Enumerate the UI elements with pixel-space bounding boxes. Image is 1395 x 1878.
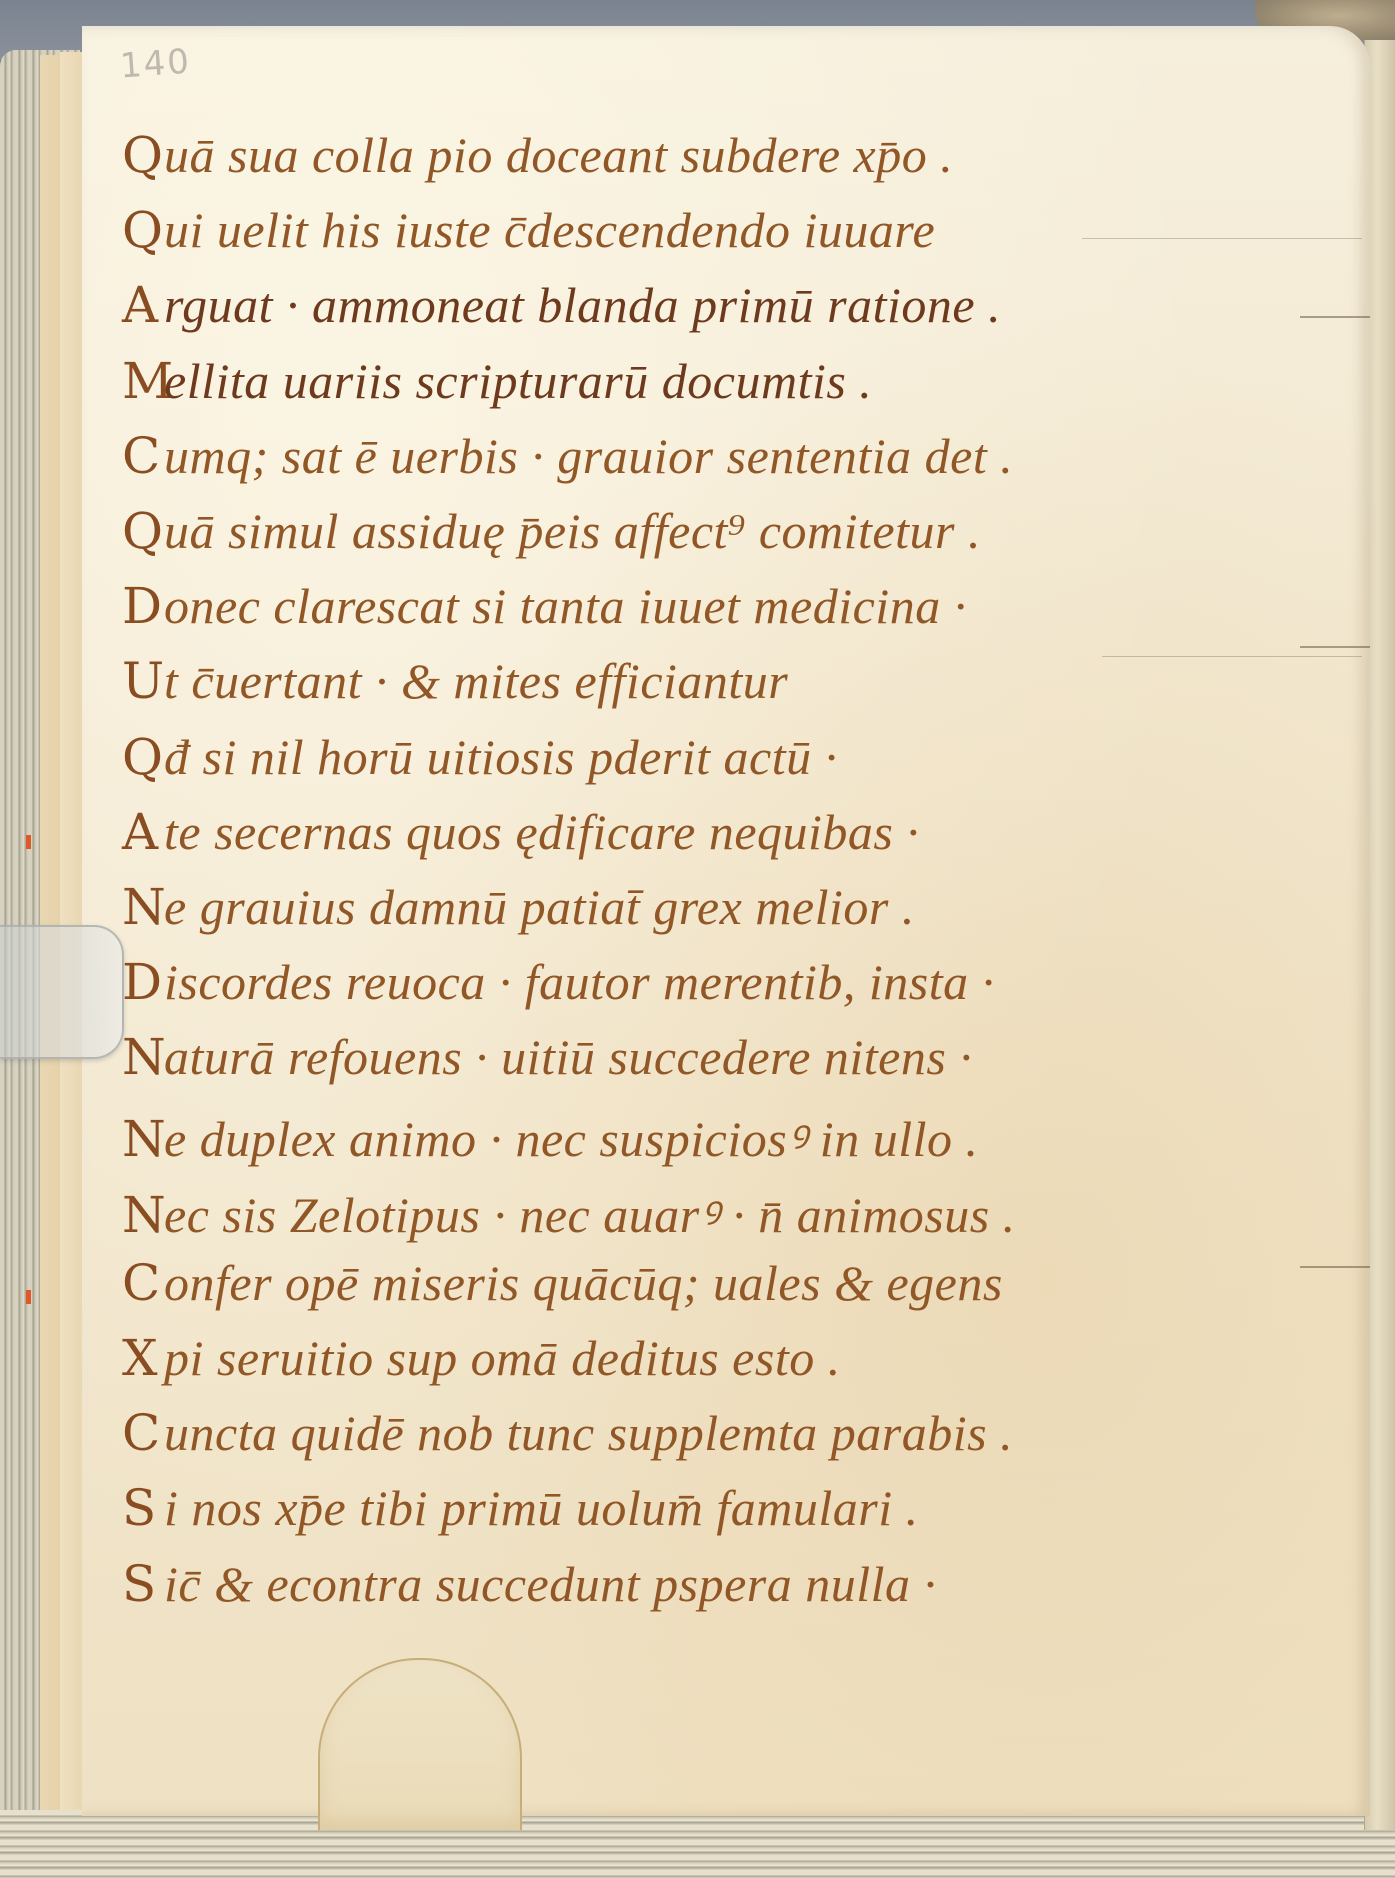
line-initial: C	[122, 427, 164, 485]
line-initial: C	[122, 1254, 164, 1312]
verse-text-block: Q uā sua colla pio doceant subdere xp̄o …	[122, 126, 1322, 1630]
line-text: onfer opē miseris quācūq; uales & egens	[164, 1254, 1003, 1312]
line-text: aturā refouens · uitiū succedere nitens …	[164, 1028, 972, 1086]
verse-line: S i nos xp̄e tibi primū uolum̄ famulari …	[122, 1479, 1322, 1554]
verse-line: X pi seruitio sup omā deditus esto .	[122, 1329, 1322, 1404]
glassine-tab[interactable]	[0, 925, 124, 1059]
line-text: umq; sat ē uerbis · grauior sententia de…	[164, 427, 1013, 485]
line-text: e duplex animo · nec suspiciosꝰ in ullo …	[164, 1103, 978, 1171]
line-text: ec sis Zelotipus · nec auarꝰ · n̄ animos…	[164, 1179, 1016, 1247]
line-initial: C	[122, 1404, 164, 1462]
line-initial: N	[122, 1110, 164, 1168]
line-text: onec clarescat si tanta iuuet medicina ·	[164, 577, 967, 635]
line-text: uā simul assiduę p̄eis affect⁹ comitetur…	[164, 502, 981, 560]
verse-line: C umq; sat ē uerbis · grauior sententia …	[122, 427, 1322, 502]
verse-line: C onfer opē miseris quācūq; uales & egen…	[122, 1254, 1322, 1329]
verse-line: Q uā simul assiduę p̄eis affect⁹ comitet…	[122, 502, 1322, 577]
line-text: t c̄uertant · & mites efficiantur	[164, 652, 788, 710]
line-initial: N	[122, 878, 164, 936]
line-initial: A	[122, 803, 164, 861]
verse-line: A te secernas quos ędificare nequibas ·	[122, 803, 1322, 878]
red-ink-mark	[26, 835, 31, 849]
line-text: đ si nil horū uitiosis pderit actū ·	[164, 728, 838, 786]
verse-line: D onec clarescat si tanta iuuet medicina…	[122, 577, 1322, 652]
line-text: uā sua colla pio doceant subdere xp̄o .	[164, 126, 953, 184]
line-initial: N	[122, 1028, 164, 1086]
line-text: uncta quidē nob tunc supplemta parabis .	[164, 1404, 1013, 1462]
page-stack-bottom	[0, 1810, 1395, 1878]
line-text: ui uelit his iuste c̄descendendo iuuare	[164, 201, 935, 259]
verse-line: M ellita uariis scripturarū documtis .	[122, 352, 1322, 427]
line-text: te secernas quos ędificare nequibas ·	[164, 803, 919, 861]
line-text: pi seruitio sup omā deditus esto .	[164, 1329, 841, 1387]
line-initial: Q	[122, 728, 164, 786]
line-initial: S	[122, 1555, 164, 1613]
line-initial: N	[122, 1186, 164, 1244]
line-text: i nos xp̄e tibi primū uolum̄ famulari .	[164, 1479, 919, 1537]
line-initial: Q	[122, 502, 164, 560]
verse-line: C uncta quidē nob tunc supplemta parabis…	[122, 1404, 1322, 1479]
line-text: iscordes reuoca · fautor merentib, insta…	[164, 953, 995, 1011]
line-initial: X	[122, 1329, 164, 1387]
line-text: e grauius damnū patiat̄ grex melior .	[164, 878, 915, 936]
verse-line: Q đ si nil horū uitiosis pderit actū ·	[122, 728, 1322, 803]
line-initial: Q	[122, 126, 164, 184]
line-initial: D	[122, 953, 164, 1011]
line-initial: D	[122, 577, 164, 635]
verse-line: A rguat · ammoneat blanda primū ratione …	[122, 276, 1322, 351]
line-initial: Q	[122, 201, 164, 259]
line-text: rguat · ammoneat blanda primū ratione .	[164, 276, 1001, 334]
verse-line: N ec sis Zelotipus · nec auarꝰ · n̄ anim…	[122, 1179, 1322, 1254]
line-text: ellita uariis scripturarū documtis .	[164, 352, 872, 410]
verse-line: U t c̄uertant · & mites efficiantur	[122, 652, 1322, 727]
verse-line: N e duplex animo · nec suspiciosꝰ in ull…	[122, 1103, 1322, 1178]
verse-line: Q uā sua colla pio doceant subdere xp̄o …	[122, 126, 1322, 201]
red-ink-mark	[26, 1290, 31, 1304]
line-initial: S	[122, 1479, 164, 1537]
verse-line: N aturā refouens · uitiū succedere niten…	[122, 1028, 1322, 1103]
folio-number: 140	[119, 42, 193, 87]
verse-line: S ic̄ & econtra succedunt pspera nulla ·	[122, 1555, 1322, 1630]
line-initial: U	[122, 652, 164, 710]
verse-line: Q ui uelit his iuste c̄descendendo iuuar…	[122, 201, 1322, 276]
line-initial: A	[122, 276, 164, 334]
line-text: ic̄ & econtra succedunt pspera nulla ·	[164, 1555, 937, 1613]
line-initial: M	[122, 352, 164, 410]
verse-line: D iscordes reuoca · fautor merentib, ins…	[122, 953, 1322, 1028]
verse-line: N e grauius damnū patiat̄ grex melior .	[122, 878, 1322, 953]
manuscript-page: 140 Q uā sua colla pio doceant subdere x…	[82, 26, 1370, 1816]
